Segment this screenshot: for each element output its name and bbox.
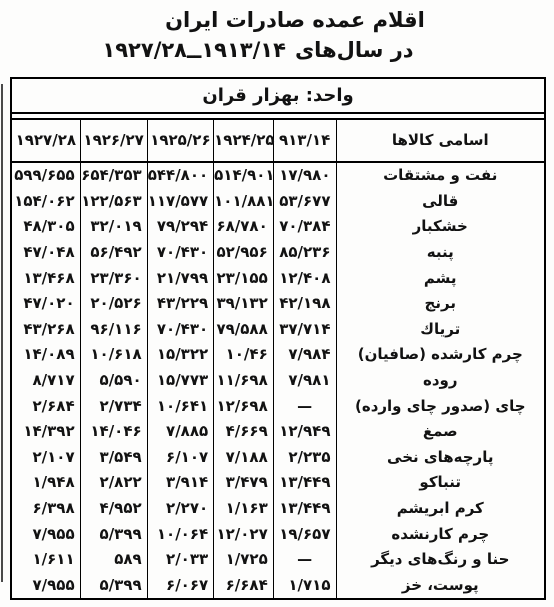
value-cell: ۲۳/۳۶۰ [80, 265, 147, 291]
value-cell: ۲/۱۰۷ [12, 444, 80, 470]
value-cell: ۳۲/۰۱۹ [80, 214, 147, 240]
goods-name-cell: صمغ [336, 418, 544, 444]
table-row: صمغ۱۲/۹۴۹۴/۶۶۹۷/۸۸۵۱۴/۰۴۶۱۴/۳۹۲ [12, 418, 544, 444]
value-cell: ۲/۰۳۳ [147, 546, 214, 572]
value-cell: ۱۳/۴۴۹ [273, 470, 336, 496]
value-cell: ۴/۶۶۹ [214, 418, 274, 444]
year-header-1925-26: ۱۹۲۵/۲۶ [147, 120, 214, 162]
table-row: چرم کارنشده۱۹/۶۵۷۱۲/۰۲۷۱۰/۰۶۴۵/۳۹۹۷/۹۵۵ [12, 521, 544, 547]
goods-name-cell: چرم کارنشده [336, 521, 544, 547]
value-cell: ۴/۹۵۲ [80, 495, 147, 521]
goods-name-cell: روده [336, 367, 544, 393]
table-body: نفت و مشتقات۱۷/۹۸۰۵۱۴/۹۰۱۵۴۴/۸۰۰۶۵۴/۳۵۳۵… [12, 162, 544, 598]
value-cell: ۶/۶۸۴ [214, 572, 274, 598]
table-row: تنباکو۱۳/۴۴۹۳/۴۷۹۳/۹۱۴۲/۸۲۲۱/۹۴۸ [12, 470, 544, 496]
value-cell: ۴۳/۲۲۹ [147, 290, 214, 316]
value-cell: ۵۹۹/۶۵۵ [12, 162, 80, 189]
title-line2: در سال‌های ۱۹۱۳/۱۴ ــ ۱۹۲۷/۲۸ [0, 37, 535, 63]
table-row: برنج۴۲/۱۹۸۳۹/۱۳۲۴۳/۲۲۹۲۰/۵۲۶۴۷/۰۲۰ [12, 290, 544, 316]
value-cell: ۳/۵۴۹ [80, 444, 147, 470]
value-cell: — [273, 546, 336, 572]
table-row: تریاك۳۷/۷۱۴۷۹/۵۸۸۷۰/۴۳۰۹۶/۱۱۶۴۳/۲۶۸ [12, 316, 544, 342]
unit-label: واحد: بهزار قران [202, 85, 353, 106]
goods-name-cell: خشکبار [336, 214, 544, 240]
value-cell: ۱۲۲/۵۶۳ [80, 188, 147, 214]
value-cell: ۱۳/۴۶۸ [12, 265, 80, 291]
goods-name-cell: تنباکو [336, 470, 544, 496]
value-cell: ۸/۷۱۷ [12, 367, 80, 393]
table-row: پوست، خز۱/۷۱۵۶/۶۸۴۶/۰۶۷۵/۳۹۹۷/۹۵۵ [12, 572, 544, 598]
table-row: خشکبار۷۰/۳۸۴۶۸/۷۸۰۷۹/۲۹۴۳۲/۰۱۹۴۸/۳۰۵ [12, 214, 544, 240]
value-cell: ۱۴/۰۴۶ [80, 418, 147, 444]
value-cell: ۴۲/۱۹۸ [273, 290, 336, 316]
value-cell: ۶۸/۷۸۰ [214, 214, 274, 240]
value-cell: ۷۹/۵۸۸ [214, 316, 274, 342]
value-cell: ۱۰/۴۶ [214, 342, 274, 368]
goods-name-cell: برنج [336, 290, 544, 316]
value-cell: ۱۰/۰۶۴ [147, 521, 214, 547]
value-cell: ۱۳/۴۴۹ [273, 495, 336, 521]
value-cell: ۱/۹۴۸ [12, 470, 80, 496]
value-cell: ۳/۹۱۴ [147, 470, 214, 496]
title-year-from: ۱۹۱۳/۱۴ [201, 37, 286, 63]
goods-name-cell: پشم [336, 265, 544, 291]
value-cell: ۲/۸۲۲ [80, 470, 147, 496]
value-cell: ۹۶/۱۱۶ [80, 316, 147, 342]
value-cell: ۵/۵۹۰ [80, 367, 147, 393]
value-cell: ۵۴۴/۸۰۰ [147, 162, 214, 189]
table-row: پارچه‌های نخی۲/۲۳۵۷/۱۸۸۶/۱۰۷۳/۵۴۹۲/۱۰۷ [12, 444, 544, 470]
value-cell: ۶/۳۹۸ [12, 495, 80, 521]
value-cell: ۸۵/۲۳۶ [273, 239, 336, 265]
value-cell: ۴۷/۰۲۰ [12, 290, 80, 316]
goods-name-cell: پنبه [336, 239, 544, 265]
value-cell: ۷/۹۵۵ [12, 521, 80, 547]
value-cell: ۱/۶۱۱ [12, 546, 80, 572]
goods-name-cell: چای (صدور چای وارده) [336, 393, 544, 419]
value-cell: ۲۱/۷۹۹ [147, 265, 214, 291]
header-row: اسامی کالاها ۹۱۳/۱۴ ۱۹۲۴/۲۵ ۱۹۲۵/۲۶ ۱۹۲۶… [12, 120, 544, 162]
value-cell: ۵۶/۴۹۲ [80, 239, 147, 265]
goods-name-cell: تریاك [336, 316, 544, 342]
page-edge-artifact [1, 84, 3, 582]
value-cell: ۵/۳۹۹ [80, 521, 147, 547]
title-year-range-dash: ــ [187, 38, 201, 64]
title-line1: اقلام عمده صادرات ایران [18, 7, 554, 33]
scanned-document-page: اقلام عمده صادرات ایران در سال‌های ۱۹۱۳/… [0, 0, 554, 607]
value-cell: ۱۱۷/۵۷۷ [147, 188, 214, 214]
year-header-1927-28: ۱۹۲۷/۲۸ [12, 120, 80, 162]
year-header-1926-27: ۱۹۲۶/۲۷ [80, 120, 147, 162]
value-cell: ۲/۶۸۴ [12, 393, 80, 419]
table-row: قالی۵۳/۶۷۷۱۰۱/۸۸۱۱۱۷/۵۷۷۱۲۲/۵۶۳۱۵۴/۰۶۲ [12, 188, 544, 214]
value-cell: ۲/۲۷۰ [147, 495, 214, 521]
table-header: اسامی کالاها ۹۱۳/۱۴ ۱۹۲۴/۲۵ ۱۹۲۵/۲۶ ۱۹۲۶… [12, 120, 544, 162]
value-cell: ۷/۹۸۱ [273, 367, 336, 393]
value-cell: ۳/۴۷۹ [214, 470, 274, 496]
year-header-913-14: ۹۱۳/۱۴ [273, 120, 336, 162]
value-cell: ۱۰/۶۴۱ [147, 393, 214, 419]
value-cell: ۷/۸۸۵ [147, 418, 214, 444]
value-cell: ۱۴/۰۸۹ [12, 342, 80, 368]
value-cell: ۷/۱۸۸ [214, 444, 274, 470]
goods-name-cell: چرم کارشده (صافیان) [336, 342, 544, 368]
value-cell: ۵۸۹ [80, 546, 147, 572]
title-year-to: ۱۹۲۷/۲۸ [102, 37, 187, 63]
value-cell: ۷۹/۲۹۴ [147, 214, 214, 240]
value-cell: ۶/۱۰۷ [147, 444, 214, 470]
value-cell: ۱۰۱/۸۸۱ [214, 188, 274, 214]
value-cell: ۱/۷۲۵ [214, 546, 274, 572]
value-cell: ۵۳/۶۷۷ [273, 188, 336, 214]
value-cell: ۱۷/۹۸۰ [273, 162, 336, 189]
table-row: پشم۱۲/۴۰۸۲۳/۱۵۵۲۱/۷۹۹۲۳/۳۶۰۱۳/۴۶۸ [12, 265, 544, 291]
value-cell: ۶۵۴/۳۵۳ [80, 162, 147, 189]
value-cell: ۱۰/۶۱۸ [80, 342, 147, 368]
value-cell: ۵۲/۹۵۶ [214, 239, 274, 265]
value-cell: ۷۰/۳۸۴ [273, 214, 336, 240]
value-cell: ۳۹/۱۳۲ [214, 290, 274, 316]
exports-table-container: واحد: بهزار قران اسامی کالاها ۹۱۳/۱۴ ۱۹۲… [10, 77, 546, 600]
value-cell: ۴۷/۰۴۸ [12, 239, 80, 265]
table-row: نفت و مشتقات۱۷/۹۸۰۵۱۴/۹۰۱۵۴۴/۸۰۰۶۵۴/۳۵۳۵… [12, 162, 544, 189]
table-row: حنا و رنگ‌های دیگر—۱/۷۲۵۲/۰۳۳۵۸۹۱/۶۱۱ [12, 546, 544, 572]
value-cell: ۷/۹۵۵ [12, 572, 80, 598]
value-cell: ۲/۷۳۴ [80, 393, 147, 419]
table-row: روده۷/۹۸۱۱۱/۶۹۸۱۵/۷۷۳۵/۵۹۰۸/۷۱۷ [12, 367, 544, 393]
table-row: پنبه۸۵/۲۳۶۵۲/۹۵۶۷۰/۴۳۰۵۶/۴۹۲۴۷/۰۴۸ [12, 239, 544, 265]
year-header-1924-25: ۱۹۲۴/۲۵ [214, 120, 274, 162]
value-cell: ۱۴/۳۹۲ [12, 418, 80, 444]
value-cell: ۵۱۴/۹۰۱ [214, 162, 274, 189]
value-cell: ۱۹/۶۵۷ [273, 521, 336, 547]
value-cell: ۱۲/۰۲۷ [214, 521, 274, 547]
unit-row: واحد: بهزار قران [12, 79, 544, 114]
value-cell: ۵/۳۹۹ [80, 572, 147, 598]
value-cell: ۱/۷۱۵ [273, 572, 336, 598]
goods-name-cell: قالی [336, 188, 544, 214]
value-cell: ۱۵/۳۲۲ [147, 342, 214, 368]
goods-name-cell: حنا و رنگ‌های دیگر [336, 546, 544, 572]
value-cell: ۶/۰۶۷ [147, 572, 214, 598]
table-row: چرم کارشده (صافیان)۷/۹۸۴۱۰/۴۶۱۵/۳۲۲۱۰/۶۱… [12, 342, 544, 368]
goods-name-cell: پوست، خز [336, 572, 544, 598]
goods-name-cell: نفت و مشتقات [336, 162, 544, 189]
goods-name-cell: پارچه‌های نخی [336, 444, 544, 470]
table-row: چای (صدور چای وارده)—۱۲/۶۹۸۱۰/۶۴۱۲/۷۳۴۲/… [12, 393, 544, 419]
value-cell: ۳۷/۷۱۴ [273, 316, 336, 342]
value-cell: ۷۰/۴۳۰ [147, 239, 214, 265]
value-cell: ۴۸/۳۰۵ [12, 214, 80, 240]
value-cell: ۱۵۴/۰۶۲ [12, 188, 80, 214]
goods-name-cell: کرم ابریشم [336, 495, 544, 521]
goods-column-header: اسامی کالاها [336, 120, 544, 162]
value-cell: ۱۲/۶۹۸ [214, 393, 274, 419]
value-cell: ۲۰/۵۲۶ [80, 290, 147, 316]
table-row: کرم ابریشم۱۳/۴۴۹۱/۱۶۳۲/۲۷۰۴/۹۵۲۶/۳۹۸ [12, 495, 544, 521]
value-cell: ۷/۹۸۴ [273, 342, 336, 368]
value-cell: ۱/۱۶۳ [214, 495, 274, 521]
value-cell: ۷۰/۴۳۰ [147, 316, 214, 342]
title-line2-prefix: در سال‌های [295, 37, 414, 63]
exports-table: اسامی کالاها ۹۱۳/۱۴ ۱۹۲۴/۲۵ ۱۹۲۵/۲۶ ۱۹۲۶… [12, 120, 544, 598]
value-cell: ۱۵/۷۷۳ [147, 367, 214, 393]
value-cell: ۱۲/۴۰۸ [273, 265, 336, 291]
value-cell: ۴۳/۲۶۸ [12, 316, 80, 342]
value-cell: ۱۱/۶۹۸ [214, 367, 274, 393]
value-cell: ۲/۲۳۵ [273, 444, 336, 470]
value-cell: ۱۲/۹۴۹ [273, 418, 336, 444]
value-cell: ۲۳/۱۵۵ [214, 265, 274, 291]
value-cell: — [273, 393, 336, 419]
document-title-block: اقلام عمده صادرات ایران در سال‌های ۱۹۱۳/… [0, 0, 554, 64]
